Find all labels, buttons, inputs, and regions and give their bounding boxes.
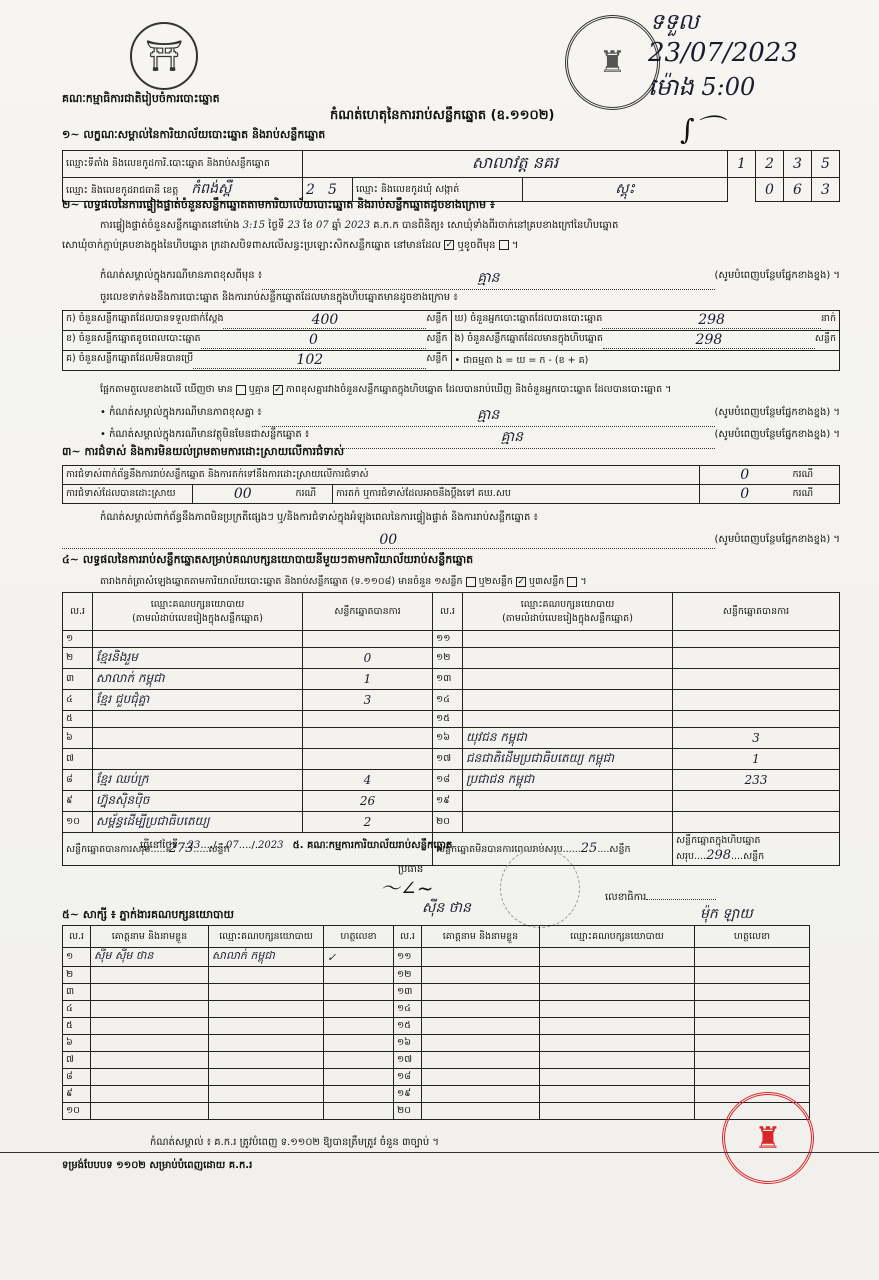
table-row: ៥១៥: [63, 1018, 810, 1035]
witness-party: [540, 948, 695, 967]
table-row: ២១២: [63, 967, 810, 984]
vote-count: 0: [303, 648, 433, 669]
province-value: កំពង់ស្ពឺ: [191, 181, 231, 197]
witness-name: [91, 1103, 209, 1120]
appeal-label: ការតក់ ឬការជំទាស់ដែលអាចនឹងប្តឹងទៅ គឃ.សប: [333, 485, 700, 504]
count-d-label: ឃ) ចំនួនអ្នកបោះឆ្នោតដែលបានបោះឆ្នោត: [455, 312, 603, 329]
note-prefix: កំណត់សម្គាល់ក្នុងករណីមានភាពខុសពីមុន ៖: [100, 268, 262, 290]
province-label: ឈ្មោះ និងលេខកូដរាជធានី ខេត្ត: [66, 185, 178, 196]
count-e-value: 298: [603, 332, 815, 349]
president-signature: 〜∠~: [380, 872, 434, 901]
row-no: ១៧: [394, 1052, 422, 1069]
count-a-value: 400: [223, 312, 426, 329]
verify-month-label: ខែ: [303, 220, 313, 231]
total-invalid-value: 25: [581, 841, 598, 856]
table-row: ១ស៊ីម ស៊ីម ថានសាលាក់ កម្ពុជា✓១១: [63, 948, 810, 967]
row-no: ១៤: [394, 1001, 422, 1018]
col-party-sub: (តាមលំដាប់លេខរៀងក្នុងសន្លឹកឆ្នោត): [96, 612, 299, 626]
party-name: ហ្វ៊ុនស៊ិនប៉ិច: [93, 791, 303, 812]
secretary-name: ម៉ុក ឡាយ: [700, 904, 753, 925]
vote-count: [303, 749, 433, 770]
witness-name: [422, 1052, 540, 1069]
section3-note: កំណត់សម្គាល់ពាក់ព័ន្ធនឹងភាពមិនប្រក្រតីផ្…: [100, 510, 840, 525]
witness-signature: [324, 1018, 394, 1035]
row-no: ១១: [394, 948, 422, 967]
w-col-party: ឈ្មោះគណបក្សនយោបាយ: [209, 926, 324, 948]
row-no: ៣: [63, 984, 91, 1001]
witness-signature: ✓: [324, 948, 394, 967]
witness-signature: [324, 1086, 394, 1103]
count-a-cell: ក) ចំនួនសន្លឹកឆ្នោតដែលបានទទួលជាក់ស្តែង40…: [63, 311, 452, 331]
count-c-value: 102: [193, 352, 426, 369]
witness-party: [209, 1052, 324, 1069]
party-name: ខ្មែរនិងរួម: [93, 648, 303, 669]
witness-signature: [695, 1001, 810, 1018]
party-name: [463, 711, 673, 728]
sheet2-label: ឬ២សន្លឹក: [479, 576, 513, 587]
row-no: ២: [63, 648, 93, 669]
verify-day: 23: [287, 220, 300, 231]
appeal-unit: ករណី: [790, 485, 840, 504]
col-votes-2: សន្លឹកឆ្នោតបានការ: [673, 593, 840, 631]
witness-signature: [324, 984, 394, 1001]
witness-signature: [324, 1035, 394, 1052]
col-no: ល.រ: [63, 593, 93, 631]
witness-party: [540, 984, 695, 1001]
witness-table: ល.រ គោត្តនាម និងនាមខ្លួន ឈ្មោះគណបក្សនយោប…: [62, 925, 810, 1120]
table-row: ១០សម្ព័ន្ធដើម្បីប្រជាធិបតេយ្យ2២០: [63, 812, 840, 833]
witness-party: [209, 967, 324, 984]
president-name: ស៊ីន ថាន: [422, 898, 471, 919]
witness-party: [209, 984, 324, 1001]
footer-divider: [0, 1152, 879, 1153]
form-label: ទម្រង់បែបបទ ១១០២ សម្រាប់បំពេញដោយ គ.ក.រ: [62, 1158, 252, 1173]
commune-code-digit: 3: [812, 178, 840, 202]
row-no: ៩: [63, 791, 93, 812]
table-row: ៩ហ្វ៊ុនស៊ិនប៉ិច26១៩: [63, 791, 840, 812]
row-no: ២០: [394, 1103, 422, 1120]
table-row: ២ខ្មែរនិងរួម0១២: [63, 648, 840, 669]
vote-count: [673, 711, 840, 728]
table-row: ៥១៥: [63, 711, 840, 728]
diff-prefix: ផ្អែកតាមតួលេខខាងលើ ឃើញថា មាន: [100, 384, 233, 395]
vote-count: [673, 812, 840, 833]
verify-year-label: ឆ្នាំ: [332, 220, 342, 231]
diff-suffix: ភាពខុសគ្នារវាងចំនួនសន្លឹកឆ្នោតក្នុងហិបឆ្…: [286, 384, 672, 395]
section2-note: កំណត់សម្គាល់ក្នុងករណីមានភាពខុសពីមុន ៖ គ្…: [100, 268, 840, 290]
table-row: ៨១៨: [63, 1069, 810, 1086]
table-row: ៤ខ្មែរ ជួបជុំគ្នា3១៤: [63, 690, 840, 711]
witness-name: [422, 1035, 540, 1052]
witness-signature: [695, 984, 810, 1001]
witness-name: [422, 1001, 540, 1018]
row-no: ១៩: [394, 1086, 422, 1103]
table-row: ៣សាលាក់ កម្ពុជា1១៣: [63, 669, 840, 690]
bullet2-value: គ្មាន: [309, 427, 714, 449]
row-no: ១: [63, 948, 91, 967]
count-e-label: ង) ចំនួនសន្លឹកឆ្នោតដែលមានក្នុងហិបឆ្នោត: [455, 332, 603, 349]
party-name: ខ្មែរ ជួបជុំគ្នា: [93, 690, 303, 711]
witness-signature: [695, 1018, 810, 1035]
s3-note-prefix: កំណត់សម្គាល់ពាក់ព័ន្ធនឹងភាពមិនប្រក្រតីផ្…: [100, 512, 538, 523]
witness-name: [422, 984, 540, 1001]
party-name: [93, 749, 303, 770]
party-name: ខ្មែរ ឈប់ក្រ: [93, 770, 303, 791]
row-no: ១: [63, 631, 93, 648]
secretary-line: លេខាធិការ: [605, 890, 716, 905]
vote-count: [303, 711, 433, 728]
vote-count: [673, 648, 840, 669]
table-row: ៧១៧ជនជាតិដើមប្រជាធិបតេយ្យ កម្ពុជា1: [63, 749, 840, 770]
vote-count: 3: [673, 728, 840, 749]
objections-table: ការជំទាស់ពាក់ព័ន្ធនឹងការរាប់សន្លឹកឆ្នោត …: [62, 465, 840, 504]
row-no: ១៨: [394, 1069, 422, 1086]
row-no: ១៥: [394, 1018, 422, 1035]
table-row: ១០២០: [63, 1103, 810, 1120]
w-col-name: គោត្តនាម និងនាមខ្លួន: [91, 926, 209, 948]
table-row: ៦១៦យុវជន កម្ពុជា3: [63, 728, 840, 749]
count-b-unit: សន្លឹក: [426, 332, 447, 349]
done-month: 07: [226, 840, 239, 851]
witness-name: [91, 1069, 209, 1086]
broken-label: ឬខូចពីមុន: [457, 240, 495, 251]
bullet1-suffix: (សូមបំពេញបន្ថែមផ្នែកខាងខ្នង) ។: [715, 405, 840, 427]
total-valid-label: សន្លឹកឆ្នោតបានការសរុប: [66, 844, 150, 855]
party-name: [93, 631, 303, 648]
row-no: ៤: [63, 1001, 91, 1018]
witness-party: [209, 1086, 324, 1103]
objection-total-label: ការជំទាស់ពាក់ព័ន្ធនឹងការរាប់សន្លឹកឆ្នោត …: [63, 466, 700, 485]
witness-name: [91, 1035, 209, 1052]
sheet-count-prefix: តារាងកត់ត្រាសំឡេងឆ្នោតតាមការិយាល័យបោះឆ្ន…: [100, 576, 463, 587]
count-b-value: 0: [201, 332, 427, 349]
vote-count: [673, 791, 840, 812]
witness-name: ស៊ីម ស៊ីម ថាន: [91, 948, 209, 967]
bullet1-prefix: • កំណត់សម្គាល់ក្នុងករណីមានភាពខុសគ្នា ៖: [100, 405, 262, 427]
result-intro: ចូរលេខទាក់ទងនឹងការបោះឆ្នោត និងការរាប់សន្…: [100, 290, 458, 305]
w-col-sign: ហត្ថលេខា: [324, 926, 394, 948]
witness-party: [540, 1086, 695, 1103]
row-no: ១៣: [433, 669, 463, 690]
station-code-digit: 2: [756, 151, 784, 178]
count-d-value: 298: [602, 312, 821, 329]
witness-party: [540, 1035, 695, 1052]
row-no: ៦: [63, 1035, 91, 1052]
done-date-line: ធ្វើនៅថ្ងៃទី ..23..../...07..../.2023 ៥.…: [140, 838, 452, 853]
diff-yes-checkbox[interactable]: [236, 385, 246, 395]
station-name-value: សាលាវត្ត នគរ: [303, 151, 728, 178]
witness-signature: [324, 1069, 394, 1086]
row-no: ១០: [63, 1103, 91, 1120]
verify-line2: សោឃុំចាក់ភ្ជាប់គ្របខាងក្នុងនៃហិបឆ្នោត ក្…: [62, 238, 519, 253]
party-name: យុវជន កម្ពុជា: [463, 728, 673, 749]
station-code-digit: 1: [728, 151, 756, 178]
verify-month: 07: [316, 220, 329, 231]
vote-count: 1: [303, 669, 433, 690]
row-no: ១៤: [433, 690, 463, 711]
row-no: ៧: [63, 1052, 91, 1069]
witness-signature: [324, 1052, 394, 1069]
witness-name: [91, 967, 209, 984]
row-no: ៦: [63, 728, 93, 749]
col-votes: សន្លឹកឆ្នោតបានការ: [303, 593, 433, 631]
table-row: ៨ខ្មែរ ឈប់ក្រ4១៨ប្រជាជន កម្ពុជា233: [63, 770, 840, 791]
party-name: [93, 711, 303, 728]
polling-station-table: ឈ្មោះទីតាំង និងលេខកូដការិ.បោះឆ្នោត និងរា…: [62, 150, 840, 202]
witness-signature: [695, 967, 810, 984]
total-box-unit: សន្លឹក: [743, 851, 764, 862]
row-no: ១៥: [433, 711, 463, 728]
party-results-table: ល.រ ឈ្មោះគណបក្សនយោបាយ(តាមលំដាប់លេខរៀងក្ន…: [62, 592, 840, 866]
s3-note-suffix: (សូមបំពេញបន្ថែមផ្នែកខាងខ្នង) ។: [715, 532, 840, 549]
party-name: ប្រជាជន កម្ពុជា: [463, 770, 673, 791]
witness-signature: [695, 1052, 810, 1069]
party-name: [463, 690, 673, 711]
objection-total-unit: ករណី: [790, 466, 840, 485]
secretary-signature: [646, 899, 716, 900]
bullet2-suffix: (សូមបំពេញបន្ថែមផ្នែកខាងខ្នង) ។: [715, 427, 840, 449]
commune-code-digit: 6: [784, 178, 812, 202]
row-no: ៥: [63, 1018, 91, 1035]
note-suffix: (សូមបំពេញបន្ថែមផ្នែកខាងខ្នង) ។: [715, 268, 840, 290]
witness-party: [540, 1103, 695, 1120]
witness-name: [91, 1018, 209, 1035]
count-c-unit: សន្លឹក: [426, 352, 447, 369]
row-no: ២០: [433, 812, 463, 833]
table-row: ៧១៧: [63, 1052, 810, 1069]
vote-count: 4: [303, 770, 433, 791]
verify-suffix: គ.ក.ក បានពិនិត្យ៖ សោឃុំទាំងពីរចាក់នៅគ្រប…: [373, 220, 618, 231]
witness-signature: [324, 1001, 394, 1018]
witness-party: [209, 1035, 324, 1052]
formula-note: • ជាធម្មតា ង = ឃ = ក - (ខ + គ): [451, 351, 840, 371]
section3-note-line2: 00 (សូមបំពេញបន្ថែមផ្នែកខាងខ្នង) ។: [62, 532, 840, 549]
witness-name: [91, 984, 209, 1001]
table-row: ១១១: [63, 631, 840, 648]
appeal-value: 0: [700, 485, 790, 504]
bullet-note-1: • កំណត់សម្គាល់ក្នុងករណីមានភាពខុសគ្នា ៖ គ…: [100, 405, 840, 427]
done-label: ធ្វើនៅថ្ងៃទី: [140, 840, 178, 851]
verify-year: 2023: [345, 220, 370, 231]
w-col-party-2: ឈ្មោះគណបក្សនយោបាយ: [540, 926, 695, 948]
col-party-sub-2: (តាមលំដាប់លេខរៀងក្នុងសន្លឹកឆ្នោត): [466, 612, 669, 626]
witness-name: [91, 1086, 209, 1103]
done-day: 23: [188, 840, 201, 851]
row-no: ១៦: [433, 728, 463, 749]
row-no: ៨: [63, 1069, 91, 1086]
diff-no-checkbox[interactable]: ✓: [273, 385, 283, 395]
witness-party: [540, 967, 695, 984]
row-no: ១៦: [394, 1035, 422, 1052]
receiver-signature: ∫⌒: [680, 108, 723, 148]
commune-value: ស្គុះ: [523, 178, 728, 202]
party-name: [93, 728, 303, 749]
col-party-label: ឈ្មោះគណបក្សនយោបាយ: [96, 598, 299, 612]
w-col-name-2: គោត្តនាម និងនាមខ្លួន: [422, 926, 540, 948]
objection-total-value: 0: [700, 466, 790, 485]
count-d-unit: នាក់: [821, 312, 836, 329]
witness-name: [422, 967, 540, 984]
sheet1-checkbox[interactable]: [466, 577, 476, 587]
party-name: [463, 648, 673, 669]
official-stamp-icon: ♜: [565, 15, 660, 110]
province-code-digit: 2: [306, 182, 315, 198]
w-col-sign-2: ហត្ថលេខា: [695, 926, 810, 948]
witness-signature: [695, 948, 810, 967]
vote-count: [673, 669, 840, 690]
table-row: ៦១៦: [63, 1035, 810, 1052]
row-no: ១៧: [433, 749, 463, 770]
province-code-digit: 5: [328, 182, 337, 198]
witness-party: [209, 1018, 324, 1035]
section2-title: ២~ លទ្ធផលនៃការផ្ទៀងផ្ទាត់ចំនួនសន្លឹកឆ្នោ…: [62, 198, 495, 214]
witness-name: [91, 1001, 209, 1018]
row-no: ៣: [63, 669, 93, 690]
sheet3-label: ឬ៣សន្លឹក: [529, 576, 564, 587]
col-no-2: ល.រ: [433, 593, 463, 631]
done-year: 2023: [258, 840, 283, 851]
verify-prefix: ការផ្ទៀងផ្ទាត់ចំនួនសន្លឹកឆ្នោតនៅម៉ោង: [100, 220, 239, 231]
section3-title: ៣~ ការជំទាស់ និងការមិនយល់ព្រមតាមការដោះស្…: [62, 445, 344, 461]
secretary-label: លេខាធិការ: [605, 892, 646, 903]
count-b-label: ខ) ចំនួនសន្លឹកឆ្នោតខូចពេលបោះឆ្នោត: [66, 332, 201, 349]
sheet-count-line: តារាងកត់ត្រាសំឡេងឆ្នោតតាមការិយាល័យបោះឆ្ន…: [100, 575, 587, 589]
total-box-value: 298: [706, 848, 731, 863]
row-no: ៨: [63, 770, 93, 791]
section5-title: ៥~ សាក្សី ៖ ភ្នាក់ងារគណបក្សនយោបាយ: [62, 908, 234, 924]
document-page: ⛩ គណៈកម្មាធិការជាតិរៀបចំការបោះឆ្នោត ♜ ទទ…: [0, 0, 879, 1280]
witness-name: [422, 1018, 540, 1035]
verify-line2-text: សោឃុំចាក់ភ្ជាប់គ្របខាងក្នុងនៃហិបឆ្នោត ក្…: [62, 240, 441, 251]
row-no: ១២: [433, 648, 463, 669]
form-title: កំណត់ហេតុនៃការរាប់សន្លឹកឆ្នោត (ឧ.១១០២): [330, 107, 554, 126]
witness-name: [422, 1086, 540, 1103]
resolved-label: ការជំទាស់ដែលបានដោះស្រាយ: [63, 485, 193, 504]
vote-count: 233: [673, 770, 840, 791]
col-party-2: ឈ្មោះគណបក្សនយោបាយ(តាមលំដាប់លេខរៀងក្នុងសន…: [463, 593, 673, 631]
row-no: ៥: [63, 711, 93, 728]
party-name: សម្ព័ន្ធដើម្បីប្រជាធិបតេយ្យ: [93, 812, 303, 833]
verify-time: 3:15: [243, 220, 265, 231]
witness-signature: [695, 1035, 810, 1052]
party-name: [463, 791, 673, 812]
row-no: ២: [63, 967, 91, 984]
row-no: ១២: [394, 967, 422, 984]
red-official-stamp-icon: ♜: [722, 1092, 814, 1184]
party-name: [463, 812, 673, 833]
s3-note-value: 00: [62, 532, 715, 549]
witness-name: [422, 1103, 540, 1120]
vote-count: 3: [303, 690, 433, 711]
sheet3-checkbox[interactable]: [567, 577, 577, 587]
vote-count: [673, 690, 840, 711]
note-value: គ្មាន: [262, 268, 714, 290]
org-name: គណៈកម្មាធិការជាតិរៀបចំការបោះឆ្នោត: [62, 92, 220, 108]
total-box-cell: សន្លឹកឆ្នោតក្នុងហិបឆ្នោតសរុប....298....ស…: [673, 833, 840, 866]
witness-party: [540, 1069, 695, 1086]
table-row: ៤១៤: [63, 1001, 810, 1018]
witness-party: [209, 1001, 324, 1018]
count-c-label: គ) ចំនួនសន្លឹកឆ្នោតដែលមិនបានប្រើ: [66, 352, 193, 369]
counts-table: ក) ចំនួនសន្លឹកឆ្នោតដែលបានទទួលជាក់ស្តែង40…: [62, 310, 840, 371]
bullet1-value: គ្មាន: [262, 405, 715, 427]
station-code-digit: 5: [812, 151, 840, 178]
witness-name: [422, 948, 540, 967]
received-note-line1: ទទួល: [650, 8, 699, 40]
table-row: ៩១៩: [63, 1086, 810, 1103]
witness-party: សាលាក់ កម្ពុជា: [209, 948, 324, 967]
row-no: ១៩: [433, 791, 463, 812]
count-e-unit: សន្លឹក: [815, 332, 836, 349]
broken-checkbox[interactable]: [499, 240, 509, 250]
section4-title: ៤~ លទ្ធផលនៃការរាប់សន្លឹកឆ្នោតសម្រាប់គណបក…: [62, 553, 473, 569]
received-time: ម៉ោង 5:00: [648, 72, 755, 107]
witness-party: [209, 1103, 324, 1120]
received-date: 23/07/2023: [648, 38, 798, 68]
vote-count: 26: [303, 791, 433, 812]
witness-party: [540, 1018, 695, 1035]
witness-party: [540, 1052, 695, 1069]
verify-day-label: ថ្ងៃទី: [268, 220, 284, 231]
col-party: ឈ្មោះគណបក្សនយោបាយ(តាមលំដាប់លេខរៀងក្នុងសន…: [93, 593, 303, 631]
witness-party: [209, 1069, 324, 1086]
section1-title: ១~ លក្ខណៈសម្គាល់នៃការិយាល័យបោះឆ្នោត និងរ…: [62, 128, 325, 144]
party-name: [463, 669, 673, 690]
row-no: ៤: [63, 690, 93, 711]
witness-party: [540, 1001, 695, 1018]
row-no: ៧: [63, 749, 93, 770]
resolved-value: 00: [193, 485, 293, 504]
vote-count: [303, 631, 433, 648]
row-no: ៩: [63, 1086, 91, 1103]
resolved-unit: ករណី: [293, 485, 333, 504]
commune-code-digit: 0: [756, 178, 784, 202]
sheet2-checkbox[interactable]: ✓: [516, 577, 526, 587]
count-b-cell: ខ) ចំនួនសន្លឹកឆ្នោតខូចពេលបោះឆ្នោត0សន្លឹក: [63, 331, 452, 351]
party-name: ជនជាតិដើមប្រជាធិបតេយ្យ កម្ពុជា: [463, 749, 673, 770]
count-d-cell: ឃ) ចំនួនអ្នកបោះឆ្នោតដែលបានបោះឆ្នោត298នាក…: [451, 311, 840, 331]
faint-stamp-icon: [500, 848, 580, 928]
diff-no-label: ឬគ្មាន: [249, 384, 270, 395]
verify-line: ការផ្ទៀងផ្ទាត់ចំនួនសន្លឹកឆ្នោតនៅម៉ោង 3:1…: [100, 218, 840, 233]
count-e-cell: ង) ចំនួនសន្លឹកឆ្នោតដែលមានក្នុងហិបឆ្នោត29…: [451, 331, 840, 351]
witness-name: [422, 1069, 540, 1086]
row-no: ១៨: [433, 770, 463, 791]
vote-count: 1: [673, 749, 840, 770]
vote-count: [673, 631, 840, 648]
count-a-label: ក) ចំនួនសន្លឹកឆ្នោតដែលបានទទួលជាក់ស្តែង: [66, 312, 223, 329]
vote-count: 2: [303, 812, 433, 833]
table-row: ៣១៣: [63, 984, 810, 1001]
nec-emblem-icon: ⛩: [130, 22, 198, 90]
count-c-cell: គ) ចំនួនសន្លឹកឆ្នោតដែលមិនបានប្រើ102សន្លឹ…: [63, 351, 452, 371]
station-code-digit: 3: [784, 151, 812, 178]
w-col-no-2: ល.រ: [394, 926, 422, 948]
witness-signature: [324, 1103, 394, 1120]
witness-signature: [324, 967, 394, 984]
row-no: ១១: [433, 631, 463, 648]
party-name: [463, 631, 673, 648]
row-no: ១៣: [394, 984, 422, 1001]
committee-label: ៥. គណៈកម្មការការិយាល័យរាប់សន្លឹកឆ្នោត: [293, 840, 453, 851]
intact-checkbox[interactable]: ✓: [444, 240, 454, 250]
party-name: សាលាក់ កម្ពុជា: [93, 669, 303, 690]
difference-line: ផ្អែកតាមតួលេខខាងលើ ឃើញថា មាន ឬគ្មាន ✓ ភា…: [100, 383, 671, 397]
witness-name: [91, 1052, 209, 1069]
count-a-unit: សន្លឹក: [426, 312, 447, 329]
col-party-label-2: ឈ្មោះគណបក្សនយោបាយ: [466, 598, 669, 612]
witness-signature: [695, 1069, 810, 1086]
